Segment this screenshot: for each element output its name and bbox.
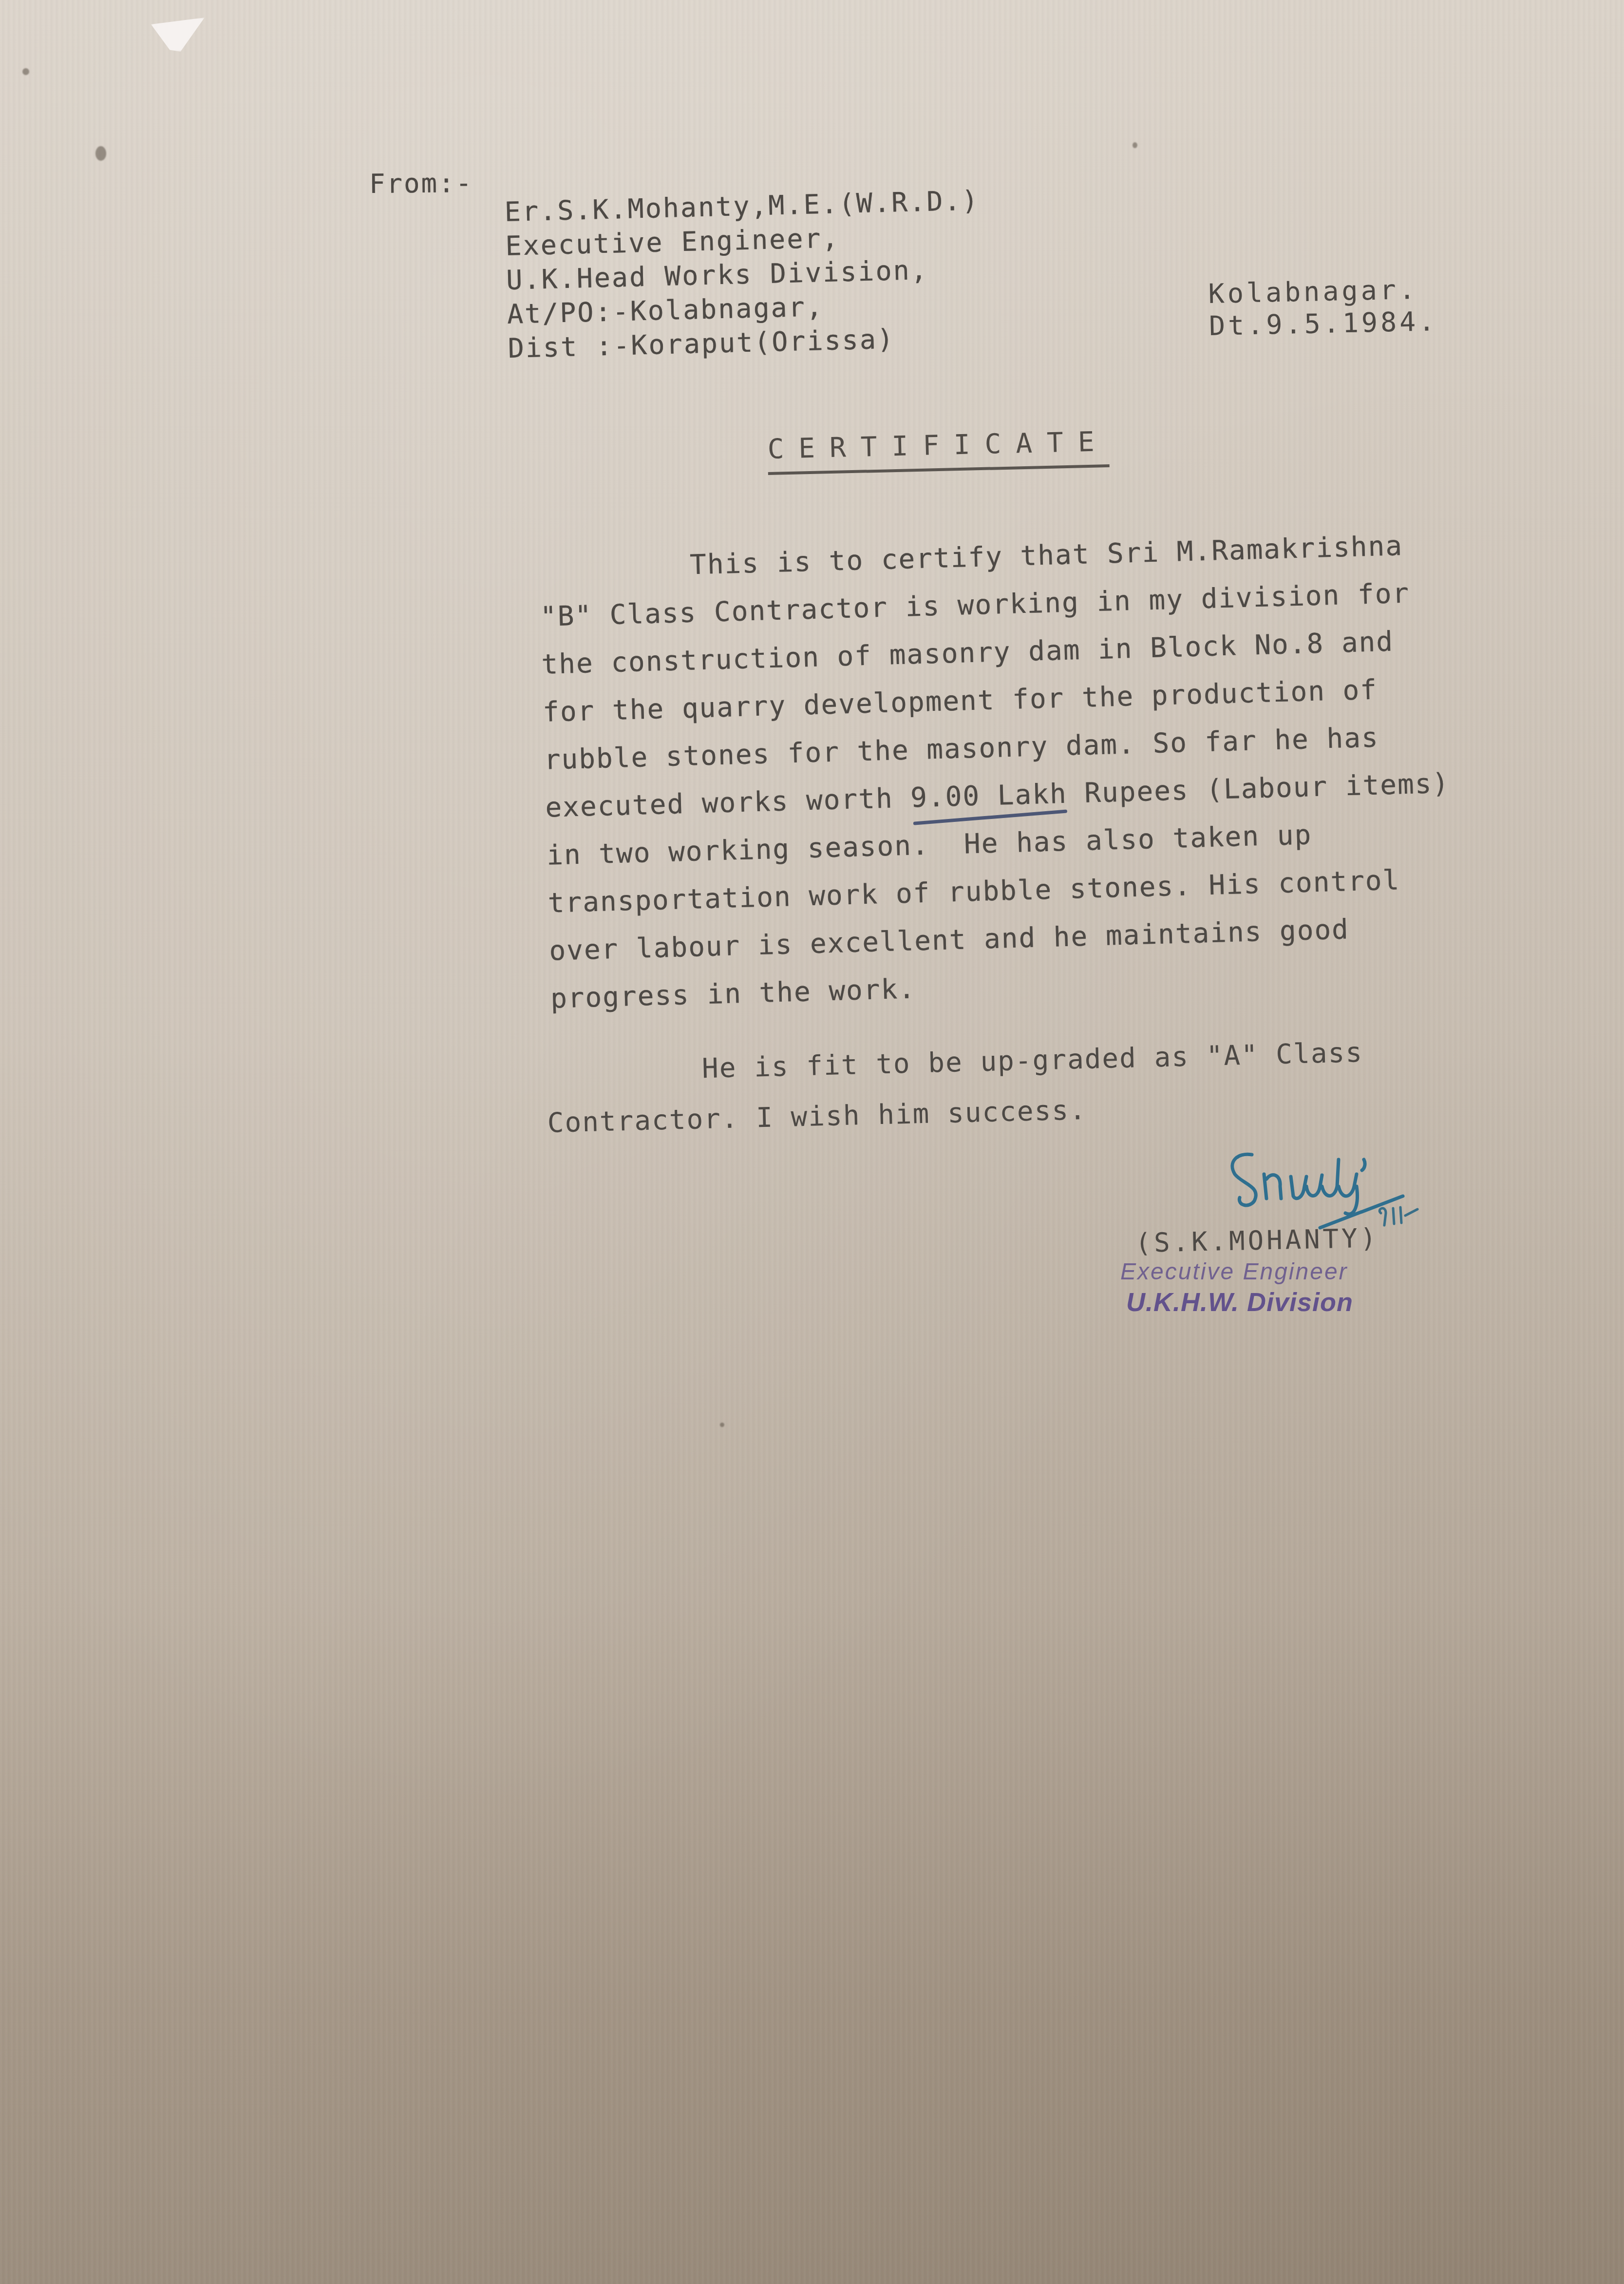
signatory-name: (S.K.MOHANTY) xyxy=(1135,1223,1379,1258)
amount-highlight: 9.00 Lakh xyxy=(910,770,1068,822)
paper-damage-mark xyxy=(151,18,205,52)
paper-speck xyxy=(720,1423,724,1427)
place-and-date: Kolabnagar. Dt.9.5.1984. xyxy=(1208,273,1438,342)
certificate-body: This is to certify that Sri M.Ramakrishn… xyxy=(538,515,1624,1023)
paper-speck xyxy=(22,68,29,75)
amount-prefix: executed works worth xyxy=(545,782,911,824)
sender-address: Er.S.K.Mohanty,M.E.(W.R.D.) Executive En… xyxy=(504,183,983,365)
stamp-designation: Executive Engineer xyxy=(1120,1257,1353,1287)
official-stamp: Executive Engineer U.K.H.W. Division xyxy=(1120,1257,1353,1317)
amount-suffix: Rupees (Labour items) xyxy=(1067,768,1450,810)
date: Dt.9.5.1984. xyxy=(1209,305,1438,342)
paper-speck xyxy=(95,146,106,161)
closing-paragraph: He is fit to be up-graded as "A" Class C… xyxy=(546,1021,1619,1149)
paper-speck xyxy=(1133,142,1137,148)
signatory: (S.K.MOHANTY) xyxy=(1135,1223,1379,1258)
from-label: From:- xyxy=(369,168,473,199)
stamp-division: U.K.H.W. Division xyxy=(1126,1287,1353,1317)
place: Kolabnagar. xyxy=(1208,273,1437,310)
document-title: CERTIFICATE xyxy=(767,426,1110,475)
